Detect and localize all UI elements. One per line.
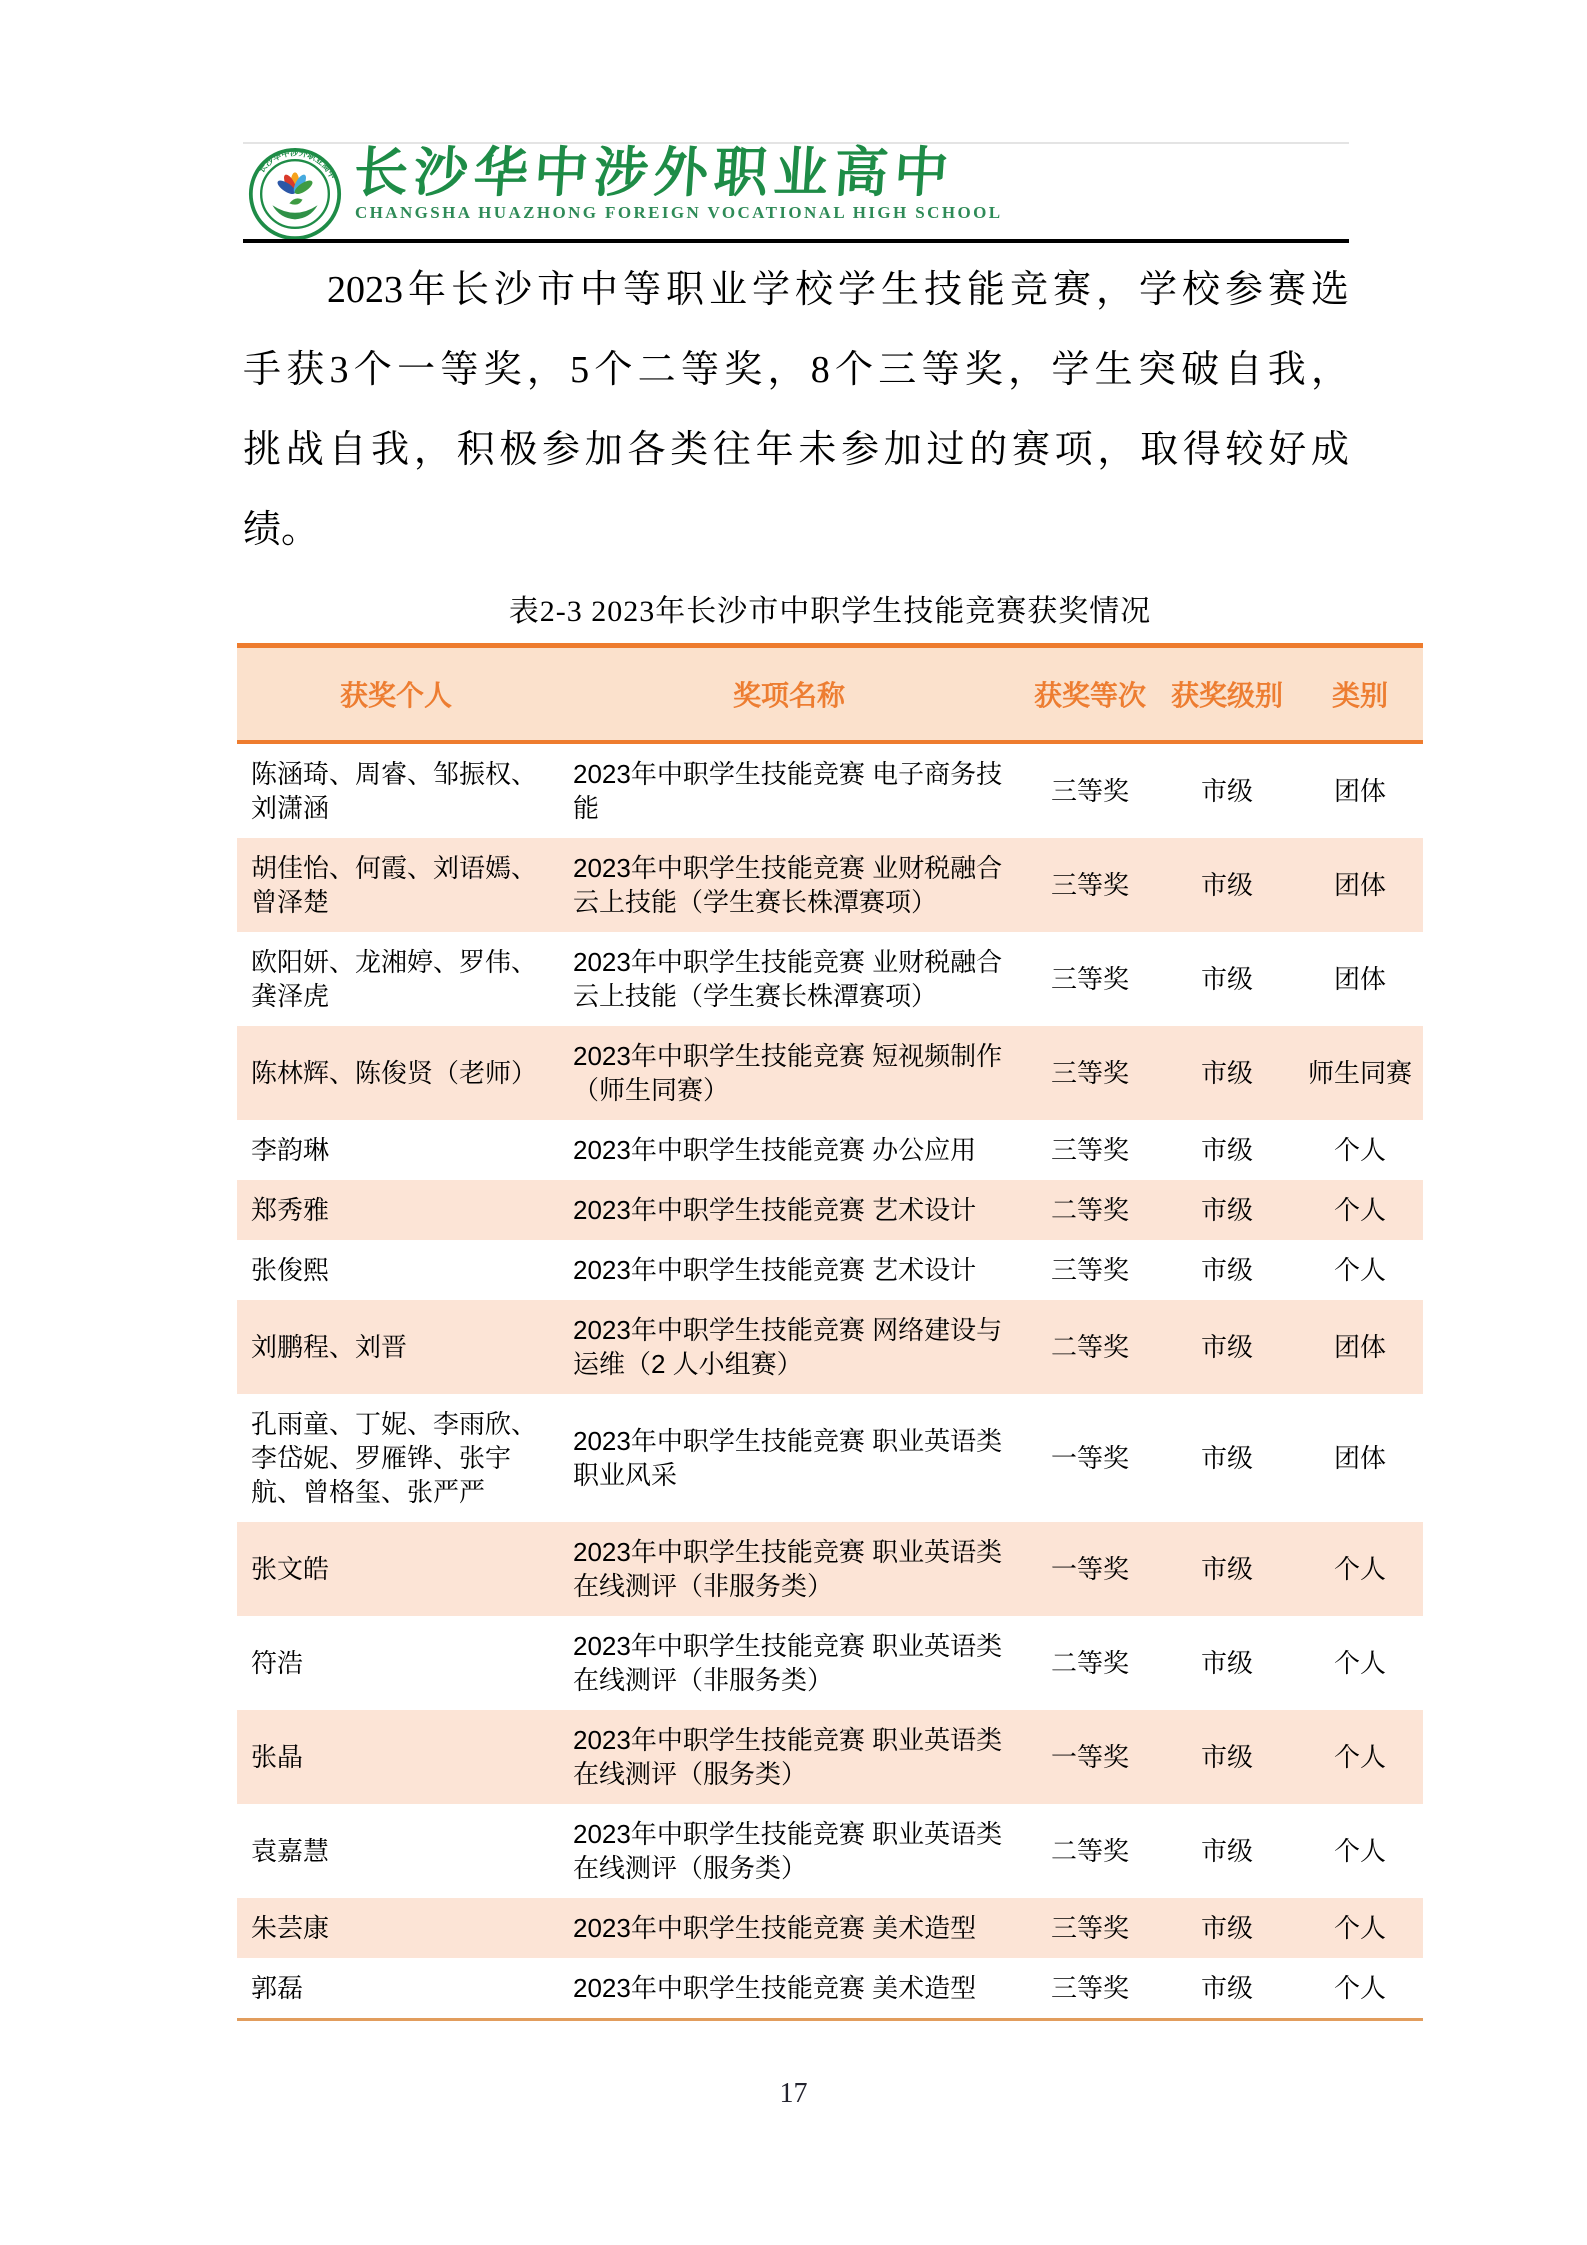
cell-award-grade: 二等奖 bbox=[1023, 1300, 1157, 1394]
table-header-row: 获奖个人 奖项名称 获奖等次 获奖级别 类别 bbox=[237, 646, 1423, 743]
cell-award-level: 市级 bbox=[1157, 1522, 1297, 1616]
cell-winners: 符浩 bbox=[237, 1616, 555, 1710]
cell-award-grade: 三等奖 bbox=[1023, 1898, 1157, 1958]
table-row: 张文皓2023年中职学生技能竞赛 职业英语类在线测评（非服务类）一等奖市级个人 bbox=[237, 1522, 1423, 1616]
table-row: 朱芸康2023年中职学生技能竞赛 美术造型三等奖市级个人 bbox=[237, 1898, 1423, 1958]
cell-category: 团体 bbox=[1297, 1300, 1423, 1394]
cell-award-grade: 二等奖 bbox=[1023, 1616, 1157, 1710]
cell-winners: 张文皓 bbox=[237, 1522, 555, 1616]
table-row: 李韵琳2023年中职学生技能竞赛 办公应用三等奖市级个人 bbox=[237, 1120, 1423, 1180]
cell-award-name: 2023年中职学生技能竞赛 电子商务技能 bbox=[555, 742, 1023, 838]
awards-table: 获奖个人 奖项名称 获奖等次 获奖级别 类别 陈涵琦、周睿、邹振权、刘潇涵202… bbox=[237, 643, 1423, 2021]
school-name-english: CHANGSHA HUAZHONG FOREIGN VOCATIONAL HIG… bbox=[355, 203, 1002, 223]
cell-award-name: 2023年中职学生技能竞赛 职业英语类在线测评（非服务类） bbox=[555, 1616, 1023, 1710]
cell-award-grade: 三等奖 bbox=[1023, 1026, 1157, 1120]
cell-award-level: 市级 bbox=[1157, 1180, 1297, 1240]
cell-winners: 欧阳妍、龙湘婷、罗伟、龚泽虎 bbox=[237, 932, 555, 1026]
table-row: 孔雨童、丁妮、李雨欣、李岱妮、罗雁铧、张宇航、曾格玺、张严严2023年中职学生技… bbox=[237, 1394, 1423, 1522]
body-paragraph: 2023年长沙市中等职业学校学生技能竞赛，学校参赛选 手获3个一等奖，5个二等奖… bbox=[243, 250, 1349, 570]
cell-award-grade: 三等奖 bbox=[1023, 932, 1157, 1026]
cell-award-name: 2023年中职学生技能竞赛 网络建设与运维（2 人小组赛） bbox=[555, 1300, 1023, 1394]
table-row: 张俊熙2023年中职学生技能竞赛 艺术设计三等奖市级个人 bbox=[237, 1240, 1423, 1300]
cell-award-level: 市级 bbox=[1157, 742, 1297, 838]
cell-award-level: 市级 bbox=[1157, 1026, 1297, 1120]
column-header-award-grade: 获奖等次 bbox=[1023, 646, 1157, 743]
cell-award-name: 2023年中职学生技能竞赛 美术造型 bbox=[555, 1898, 1023, 1958]
school-logo-icon: 长沙华中涉外职业高中 bbox=[248, 147, 342, 241]
cell-category: 个人 bbox=[1297, 1120, 1423, 1180]
cell-category: 团体 bbox=[1297, 1394, 1423, 1522]
cell-award-level: 市级 bbox=[1157, 1240, 1297, 1300]
paragraph-line: 手获3个一等奖，5个二等奖，8个三等奖，学生突破自我， bbox=[243, 330, 1349, 410]
cell-winners: 胡佳怡、何霞、刘语嫣、曾泽楚 bbox=[237, 838, 555, 932]
school-name-chinese: 长沙华中涉外职业高中 bbox=[352, 142, 1116, 204]
cell-winners: 张晶 bbox=[237, 1710, 555, 1804]
table-title: 表2-3 2023年长沙市中职学生技能竞赛获奖情况 bbox=[237, 590, 1423, 634]
column-header-award-level: 获奖级别 bbox=[1157, 646, 1297, 743]
cell-award-grade: 三等奖 bbox=[1023, 838, 1157, 932]
cell-category: 团体 bbox=[1297, 932, 1423, 1026]
cell-category: 师生同赛 bbox=[1297, 1026, 1423, 1120]
cell-category: 个人 bbox=[1297, 1898, 1423, 1958]
cell-award-grade: 一等奖 bbox=[1023, 1710, 1157, 1804]
cell-award-grade: 三等奖 bbox=[1023, 742, 1157, 838]
cell-winners: 刘鹏程、刘晋 bbox=[237, 1300, 555, 1394]
column-header-winners: 获奖个人 bbox=[237, 646, 555, 743]
cell-award-name: 2023年中职学生技能竞赛 职业英语类在线测评（服务类） bbox=[555, 1804, 1023, 1898]
cell-award-level: 市级 bbox=[1157, 1120, 1297, 1180]
cell-category: 个人 bbox=[1297, 1522, 1423, 1616]
table-row: 刘鹏程、刘晋2023年中职学生技能竞赛 网络建设与运维（2 人小组赛）二等奖市级… bbox=[237, 1300, 1423, 1394]
document-page: 长沙华中涉外职业高中 长沙华中涉外职业高中 CHANGSHA HUAZHONG … bbox=[0, 0, 1587, 2245]
cell-award-level: 市级 bbox=[1157, 838, 1297, 932]
cell-award-level: 市级 bbox=[1157, 1616, 1297, 1710]
cell-winners: 郭磊 bbox=[237, 1958, 555, 2020]
cell-award-grade: 二等奖 bbox=[1023, 1804, 1157, 1898]
cell-award-level: 市级 bbox=[1157, 1710, 1297, 1804]
cell-award-name: 2023年中职学生技能竞赛 艺术设计 bbox=[555, 1180, 1023, 1240]
paragraph-line: 绩。 bbox=[243, 490, 1349, 570]
table-row: 张晶2023年中职学生技能竞赛 职业英语类在线测评（服务类）一等奖市级个人 bbox=[237, 1710, 1423, 1804]
cell-award-grade: 三等奖 bbox=[1023, 1120, 1157, 1180]
table-row: 陈林辉、陈俊贤（老师）2023年中职学生技能竞赛 短视频制作（师生同赛）三等奖市… bbox=[237, 1026, 1423, 1120]
cell-category: 团体 bbox=[1297, 742, 1423, 838]
cell-winners: 李韵琳 bbox=[237, 1120, 555, 1180]
cell-winners: 朱芸康 bbox=[237, 1898, 555, 1958]
cell-category: 个人 bbox=[1297, 1804, 1423, 1898]
cell-award-name: 2023年中职学生技能竞赛 短视频制作（师生同赛） bbox=[555, 1026, 1023, 1120]
cell-winners: 陈涵琦、周睿、邹振权、刘潇涵 bbox=[237, 742, 555, 838]
cell-award-name: 2023年中职学生技能竞赛 职业英语类在线测评（非服务类） bbox=[555, 1522, 1023, 1616]
cell-category: 个人 bbox=[1297, 1710, 1423, 1804]
cell-category: 团体 bbox=[1297, 838, 1423, 932]
cell-winners: 张俊熙 bbox=[237, 1240, 555, 1300]
table-row: 符浩2023年中职学生技能竞赛 职业英语类在线测评（非服务类）二等奖市级个人 bbox=[237, 1616, 1423, 1710]
cell-award-grade: 三等奖 bbox=[1023, 1240, 1157, 1300]
cell-award-grade: 一等奖 bbox=[1023, 1394, 1157, 1522]
column-header-award-name: 奖项名称 bbox=[555, 646, 1023, 743]
cell-award-level: 市级 bbox=[1157, 932, 1297, 1026]
cell-award-name: 2023年中职学生技能竞赛 业财税融合云上技能（学生赛长株潭赛项） bbox=[555, 838, 1023, 932]
cell-award-name: 2023年中职学生技能竞赛 业财税融合云上技能（学生赛长株潭赛项） bbox=[555, 932, 1023, 1026]
cell-award-level: 市级 bbox=[1157, 1300, 1297, 1394]
cell-winners: 郑秀雅 bbox=[237, 1180, 555, 1240]
cell-award-grade: 一等奖 bbox=[1023, 1522, 1157, 1616]
cell-award-name: 2023年中职学生技能竞赛 职业英语类在线测评（服务类） bbox=[555, 1710, 1023, 1804]
cell-award-grade: 三等奖 bbox=[1023, 1958, 1157, 2020]
cell-award-name: 2023年中职学生技能竞赛 职业英语类职业风采 bbox=[555, 1394, 1023, 1522]
cell-award-name: 2023年中职学生技能竞赛 办公应用 bbox=[555, 1120, 1023, 1180]
column-header-category: 类别 bbox=[1297, 646, 1423, 743]
cell-award-level: 市级 bbox=[1157, 1898, 1297, 1958]
cell-award-name: 2023年中职学生技能竞赛 美术造型 bbox=[555, 1958, 1023, 2020]
cell-winners: 陈林辉、陈俊贤（老师） bbox=[237, 1026, 555, 1120]
table-row: 袁嘉慧2023年中职学生技能竞赛 职业英语类在线测评（服务类）二等奖市级个人 bbox=[237, 1804, 1423, 1898]
cell-winners: 孔雨童、丁妮、李雨欣、李岱妮、罗雁铧、张宇航、曾格玺、张严严 bbox=[237, 1394, 555, 1522]
table-row: 胡佳怡、何霞、刘语嫣、曾泽楚2023年中职学生技能竞赛 业财税融合云上技能（学生… bbox=[237, 838, 1423, 932]
cell-category: 个人 bbox=[1297, 1180, 1423, 1240]
header-rule bbox=[243, 239, 1349, 243]
page-number: 17 bbox=[0, 2078, 1587, 2110]
cell-award-name: 2023年中职学生技能竞赛 艺术设计 bbox=[555, 1240, 1023, 1300]
table-row: 郭磊2023年中职学生技能竞赛 美术造型三等奖市级个人 bbox=[237, 1958, 1423, 2020]
paragraph-line: 挑战自我，积极参加各类往年未参加过的赛项，取得较好成 bbox=[243, 410, 1349, 490]
paragraph-line: 2023年长沙市中等职业学校学生技能竞赛，学校参赛选 bbox=[243, 250, 1349, 330]
table-row: 欧阳妍、龙湘婷、罗伟、龚泽虎2023年中职学生技能竞赛 业财税融合云上技能（学生… bbox=[237, 932, 1423, 1026]
table-row: 陈涵琦、周睿、邹振权、刘潇涵2023年中职学生技能竞赛 电子商务技能三等奖市级团… bbox=[237, 742, 1423, 838]
table-row: 郑秀雅2023年中职学生技能竞赛 艺术设计二等奖市级个人 bbox=[237, 1180, 1423, 1240]
cell-award-level: 市级 bbox=[1157, 1958, 1297, 2020]
cell-category: 个人 bbox=[1297, 1240, 1423, 1300]
cell-award-level: 市级 bbox=[1157, 1804, 1297, 1898]
cell-category: 个人 bbox=[1297, 1958, 1423, 2020]
cell-category: 个人 bbox=[1297, 1616, 1423, 1710]
cell-award-level: 市级 bbox=[1157, 1394, 1297, 1522]
cell-winners: 袁嘉慧 bbox=[237, 1804, 555, 1898]
cell-award-grade: 二等奖 bbox=[1023, 1180, 1157, 1240]
